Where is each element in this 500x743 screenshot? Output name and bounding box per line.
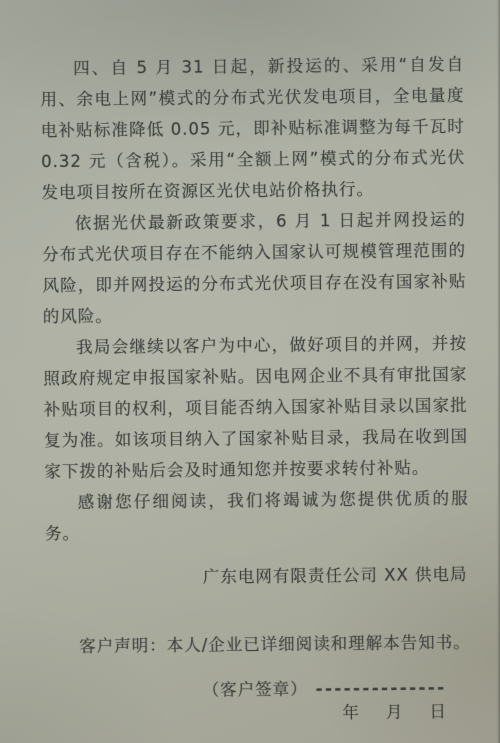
signature-dash-line: -------------- xyxy=(316,678,447,698)
notice-document: 四、自 5 月 31 日起，新投运的、采用“自发自用、余电上网”模式的分布式光伏… xyxy=(40,49,471,731)
customer-declaration: 客户声明：本人/企业已详细阅读和理解本告知书。 xyxy=(46,627,470,662)
paragraph-thanks: 感谢您仔细阅读，我们将竭诚为您提供优质的服务。 xyxy=(45,483,470,549)
paragraph-service-commitment: 我局会继续以客户为中心，做好项目的并网，并按照政府规定申报国家补贴。因电网企业不… xyxy=(43,328,469,487)
signature-company: 广东电网有限责任公司 XX 供电局 xyxy=(45,559,469,594)
date-year-label: 年 xyxy=(342,697,360,728)
seal-label: （客户签章） xyxy=(203,679,308,699)
paragraph-grid-connection-risk: 依据光伏最新政策要求，6 月 1 日起并网投运的分布式光伏项目存在不能纳入国家认… xyxy=(42,204,467,332)
paragraph-clause-4-subsidy: 四、自 5 月 31 日起，新投运的、采用“自发自用、余电上网”模式的分布式光伏… xyxy=(40,49,466,208)
document-photo: 四、自 5 月 31 日起，新投运的、采用“自发自用、余电上网”模式的分布式光伏… xyxy=(0,0,500,743)
date-month-label: 月 xyxy=(386,696,404,727)
date-day-label: 日 xyxy=(429,696,447,727)
